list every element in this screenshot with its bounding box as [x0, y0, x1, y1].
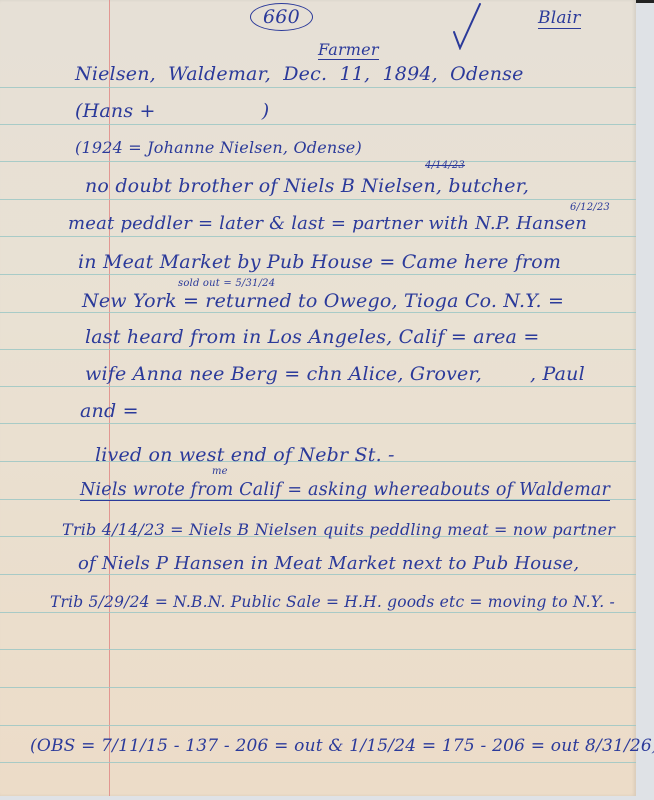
rule-line: [0, 574, 636, 575]
body-line-13: Trib 4/14/23 = Niels B Nielsen quits ped…: [62, 520, 615, 539]
struck-date: 4/14/23: [425, 160, 465, 171]
body-line-15: Trib 5/29/24 = N.B.N. Public Sale = H.H.…: [50, 593, 615, 611]
corner-note: Blair: [538, 8, 581, 28]
occupation-label: Farmer: [318, 40, 379, 59]
rule-line: [0, 423, 636, 424]
body-line-10: and =: [80, 400, 139, 422]
rule-line: [0, 349, 636, 350]
checkmark-icon: [452, 2, 482, 50]
body-line-9: wife Anna nee Berg = chn Alice, Grover,: [85, 363, 482, 385]
rule-line: [0, 762, 636, 763]
record-number: 660: [250, 6, 313, 28]
body-line-4: no doubt brother of Niels B Nielsen, but…: [85, 175, 529, 197]
rule-line: [0, 312, 636, 313]
rule-line: [0, 274, 636, 275]
rule-line: [0, 199, 636, 200]
superscript-me: me: [212, 466, 228, 477]
name-line: Nielsen, Waldemar, Dec. 11, 1894, Odense: [75, 63, 524, 85]
body-line-7: New York = returned to Owego, Tioga Co. …: [82, 290, 564, 312]
body-line-12: Niels wrote from Calif = asking whereabo…: [80, 480, 610, 500]
body-line-14: of Niels P Hansen in Meat Market next to…: [78, 553, 579, 574]
rule-line: [0, 236, 636, 237]
body-line-8: last heard from in Los Angeles, Calif = …: [85, 326, 539, 348]
rule-line: [0, 687, 636, 688]
body-line-11: lived on west end of Nebr St. -: [95, 444, 395, 466]
rule-line: [0, 386, 636, 387]
footer-obs-line: (OBS = 7/11/15 - 137 - 206 = out & 1/15/…: [30, 736, 654, 756]
body-line-9-trailing: , Paul: [530, 363, 585, 385]
body-line-5: meat peddler = later & last = partner wi…: [68, 213, 587, 234]
rule-line: [0, 124, 636, 125]
rule-line: [0, 161, 636, 162]
parents-line: (Hans + ): [75, 100, 269, 122]
rule-line: [0, 87, 636, 88]
body-line-6: in Meat Market by Pub House = Came here …: [78, 251, 561, 273]
rule-line: [0, 725, 636, 726]
sold-out-note: sold out = 5/31/24: [178, 278, 275, 289]
rule-line: [0, 649, 636, 650]
relative-line: (1924 = Johanne Nielsen, Odense): [75, 138, 362, 157]
scan-edge: [634, 0, 654, 3]
ruled-paper: 660 Farmer Blair Nielsen, Waldemar, Dec.…: [0, 0, 636, 796]
superscript-date: 6/12/23: [570, 202, 610, 213]
rule-line: [0, 612, 636, 613]
